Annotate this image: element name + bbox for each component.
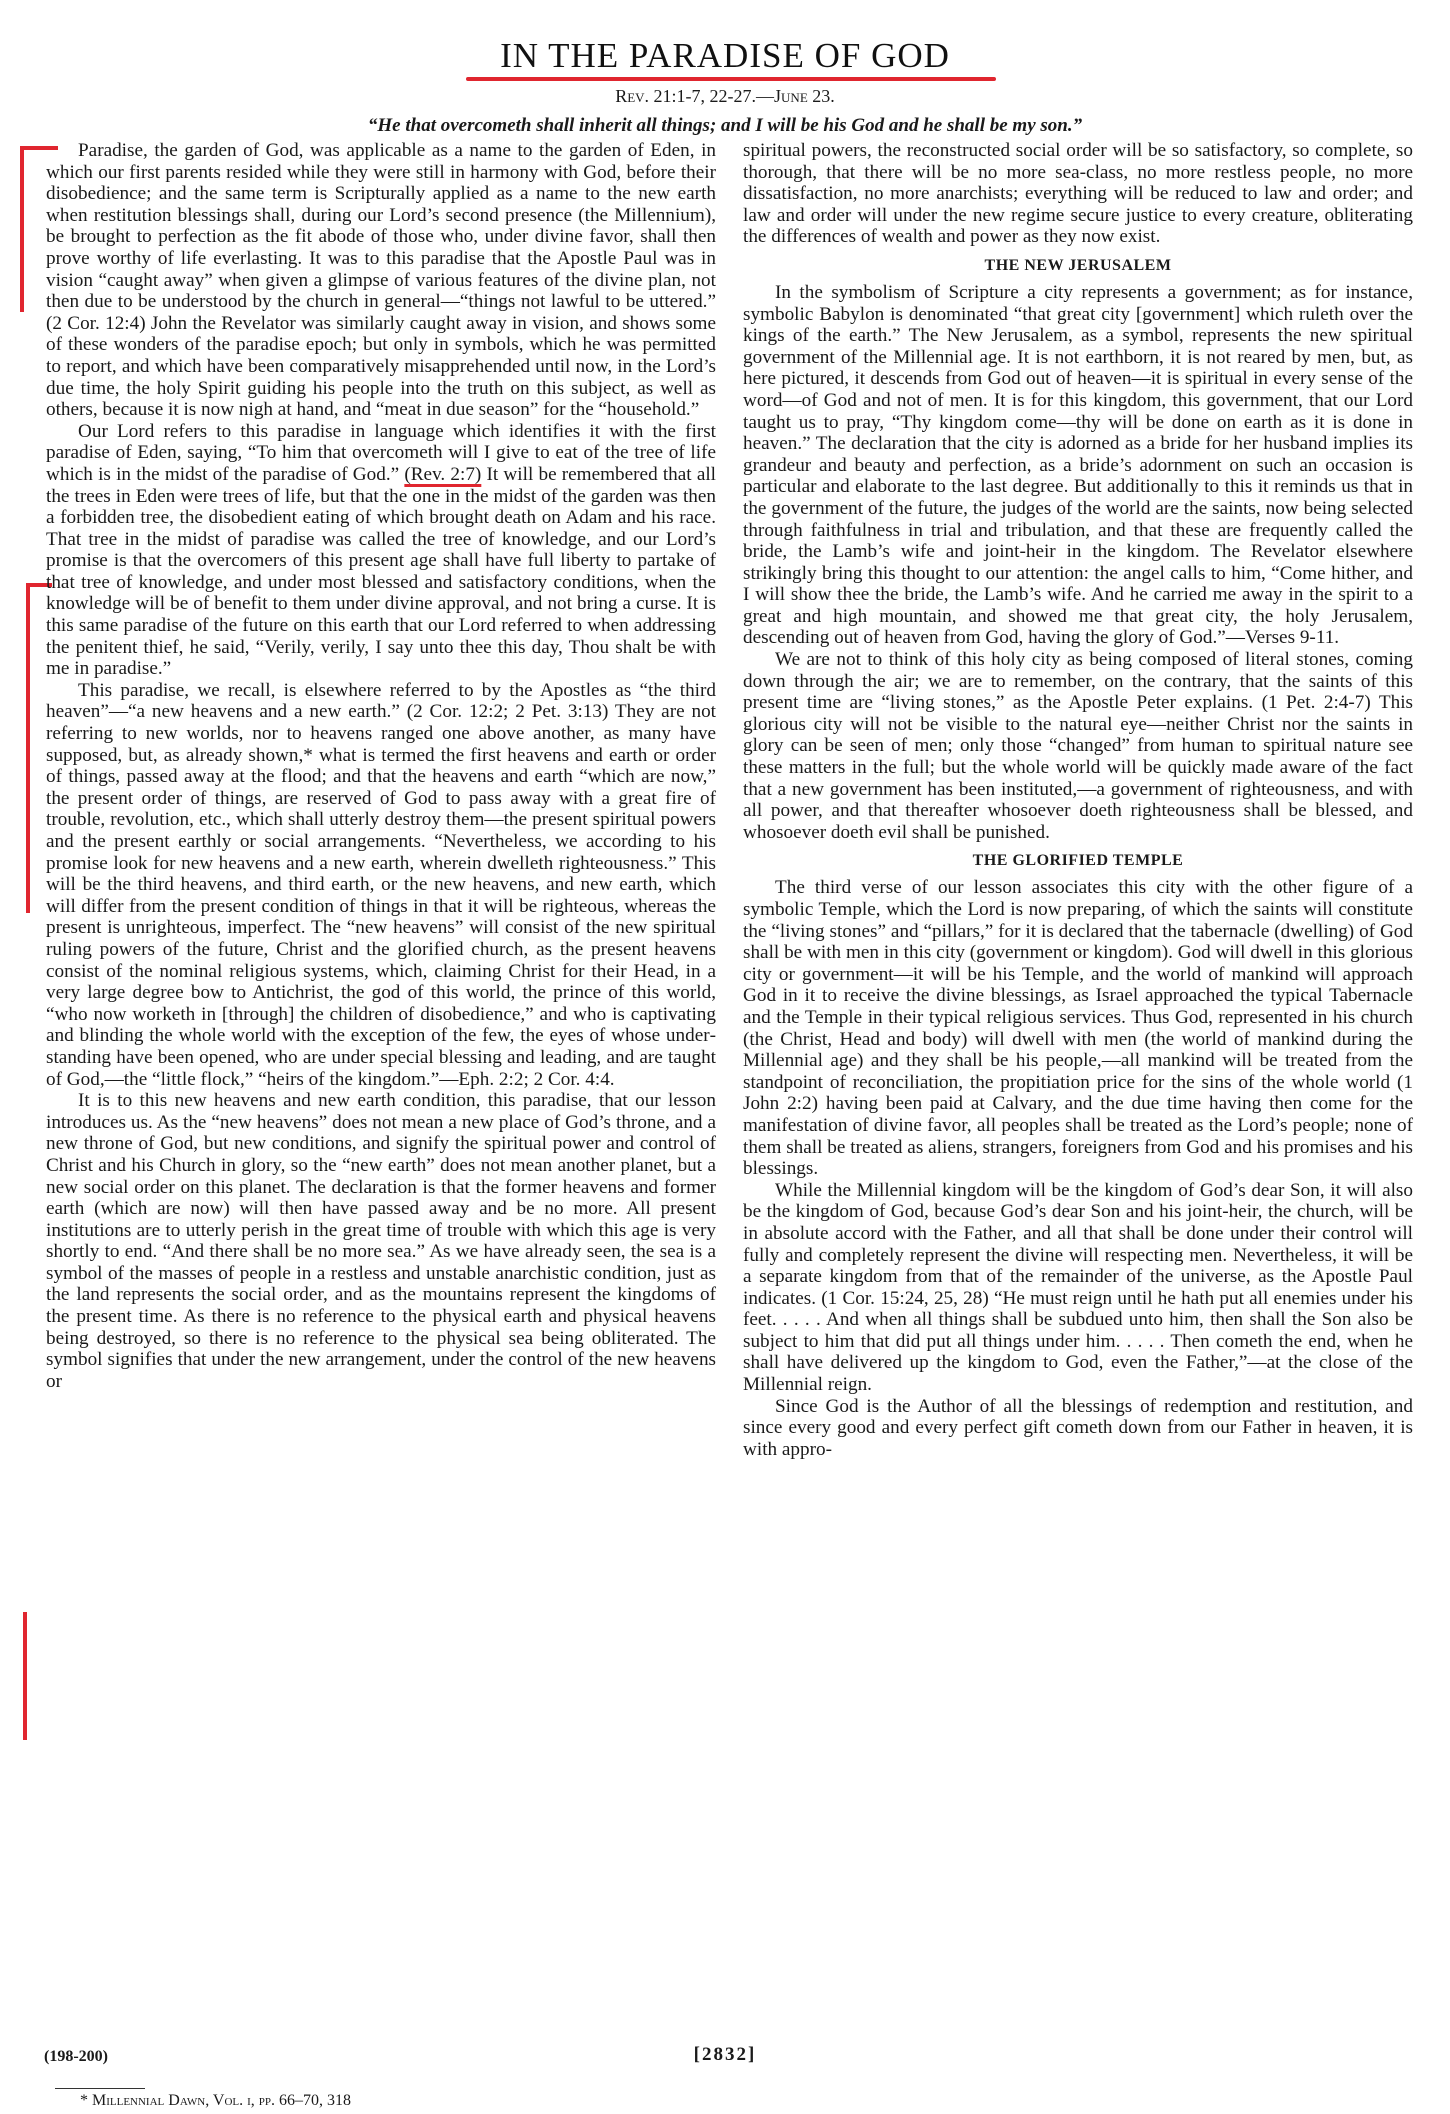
- paragraph: spiritual powers, the reconstructed soci…: [743, 140, 1413, 248]
- red-margin-line-3: [23, 1612, 27, 1740]
- paragraph: In the symbolism of Scripture a city rep…: [743, 282, 1413, 649]
- scripture-reference: Rev. 21:1-7, 22-27.—June 23.: [0, 84, 1450, 108]
- paragraph: The third verse of our lesson associates…: [743, 877, 1413, 1179]
- paragraph: It is to this new heavens and new earth …: [46, 1090, 716, 1392]
- golden-text: “He that overcometh shall inherit all th…: [0, 114, 1450, 138]
- red-margin-bracket-2: [26, 583, 30, 913]
- paragraph: This paradise, we recall, is elsewhere r…: [46, 680, 716, 1090]
- page-number: [2832]: [0, 2044, 1450, 2066]
- section-heading: THE GLORIFIED TEMPLE: [743, 851, 1413, 871]
- underlined-reference: (Rev. 2:7): [404, 464, 481, 485]
- footnote: * Millennial Dawn, Vol. i, pp. 66–70, 31…: [80, 2092, 351, 2110]
- red-margin-bracket-1: [20, 146, 24, 312]
- article-title: IN THE PARADISE OF GOD: [0, 36, 1450, 76]
- paragraph: We are not to think of this holy city as…: [743, 649, 1413, 843]
- paragraph: Our Lord refers to this paradise in lang…: [46, 421, 716, 680]
- section-heading: THE NEW JERUSALEM: [743, 256, 1413, 276]
- left-column: Paradise, the garden of God, was applica…: [46, 140, 716, 1392]
- footnote-divider: [55, 2088, 145, 2089]
- paragraph: Paradise, the garden of God, was applica…: [46, 140, 716, 421]
- paragraph: Since God is the Author of all the bless…: [743, 1396, 1413, 1461]
- right-column: spiritual powers, the reconstructed soci…: [743, 140, 1413, 1460]
- paragraph: While the Millennial kingdom will be the…: [743, 1180, 1413, 1396]
- title-red-underline: [466, 77, 996, 81]
